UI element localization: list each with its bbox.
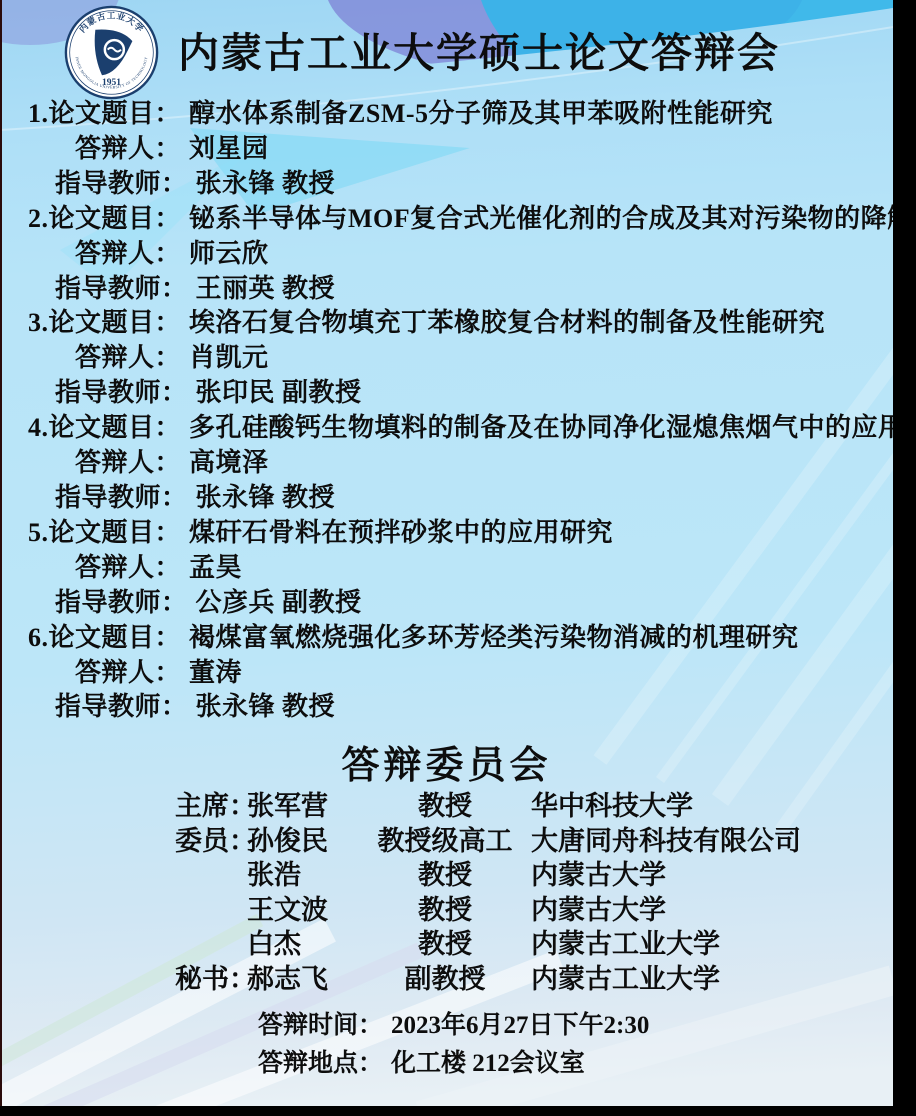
entry-number: 2. (28, 204, 49, 233)
thesis-title-label: 论文题目： (49, 623, 182, 652)
member-name: 白杰 (247, 927, 359, 962)
thesis-title-line: 2.论文题目：铋系半导体与MOF复合式光催化剂的合成及其对污染物的降解 (28, 202, 871, 237)
committee-member-row: 张浩 教授 内蒙古大学 (175, 858, 886, 893)
defense-place-label: 答辩地点： (258, 1050, 383, 1077)
committee-member-list: 主席： 张军营 教授 华中科技大学 委员： 孙俊民 教授级高工 大唐同舟科技有限… (175, 789, 886, 997)
thesis-defense-poster: 内蒙古工业大学 INNER MONGOLIA UNIVERSITY OF TEC… (0, 0, 916, 1116)
committee-member-row: 白杰 教授 内蒙古工业大学 (175, 927, 886, 962)
advisor-line: 指导教师：张永锋 教授 (28, 690, 871, 725)
member-name: 张浩 (247, 858, 359, 893)
thesis-title-line: 5.论文题目：煤矸石骨料在预拌砂浆中的应用研究 (28, 516, 871, 551)
advisor-line: 指导教师：王丽英 教授 (28, 272, 871, 307)
defender-line: 答辩人：孟昊 (28, 551, 871, 586)
thesis-title-value: 多孔硅酸钙生物填料的制备及在协同净化湿熄焦烟气中的应用 (189, 413, 905, 442)
member-role: 主席： (175, 789, 247, 824)
thesis-title-value: 埃洛石复合物填充丁苯橡胶复合材料的制备及性能研究 (189, 308, 825, 337)
advisor-label: 指导教师： (55, 169, 188, 198)
left-edge-border (0, 0, 2, 1116)
member-organization: 华中科技大学 (531, 789, 886, 824)
defender-label: 答辩人： (75, 553, 181, 582)
defender-name: 师云欣 (189, 239, 269, 268)
committee-member-row: 秘书： 郝志飞 副教授 内蒙古工业大学 (175, 962, 886, 997)
thesis-entry: 3.论文题目：埃洛石复合物填充丁苯橡胶复合材料的制备及性能研究 答辩人：肖凯元 … (28, 306, 871, 411)
committee-member-row: 委员： 孙俊民 教授级高工 大唐同舟科技有限公司 (175, 824, 886, 859)
defender-label: 答辩人： (75, 343, 181, 372)
member-role: 秘书： (175, 962, 247, 997)
member-role: 委员： (175, 824, 247, 859)
thesis-title-value: 醇水体系制备ZSM-5分子筛及其甲苯吸附性能研究 (189, 99, 773, 128)
defense-time-line: 答辩时间：2023年6月27日下午2:30 (258, 1007, 649, 1045)
advisor-label: 指导教师： (55, 588, 188, 617)
advisor-line: 指导教师：张印民 副教授 (28, 376, 871, 411)
advisor-name: 王丽英 教授 (196, 274, 336, 303)
defender-name: 孟昊 (189, 553, 242, 582)
thesis-title-label: 论文题目： (49, 518, 182, 547)
entry-number: 6. (28, 623, 49, 652)
advisor-line: 指导教师：张永锋 教授 (28, 481, 871, 516)
member-name: 孙俊民 (247, 824, 359, 859)
thesis-entry: 5.论文题目：煤矸石骨料在预拌砂浆中的应用研究 答辩人：孟昊 指导教师：公彦兵 … (28, 516, 871, 621)
member-name: 张军营 (247, 789, 359, 824)
defender-name: 董涛 (189, 658, 242, 687)
defense-time-label: 答辩时间： (258, 1012, 383, 1039)
page-title: 内蒙古工业大学硕士论文答辩会 (178, 20, 778, 79)
advisor-name: 张永锋 教授 (196, 169, 336, 198)
defender-name: 高境泽 (189, 448, 269, 477)
thesis-title-label: 论文题目： (49, 99, 182, 128)
member-organization: 内蒙古大学 (531, 893, 886, 928)
thesis-title-value: 煤矸石骨料在预拌砂浆中的应用研究 (189, 518, 613, 547)
defense-schedule: 答辩时间：2023年6月27日下午2:30 答辩地点：化工楼 212会议室 (258, 1007, 649, 1083)
entry-number: 1. (28, 99, 49, 128)
thesis-title-label: 论文题目： (49, 204, 182, 233)
member-organization: 内蒙古工业大学 (531, 927, 886, 962)
advisor-label: 指导教师： (55, 274, 188, 303)
defense-time-value: 2023年6月27日下午2:30 (391, 1012, 649, 1039)
thesis-title-line: 3.论文题目：埃洛石复合物填充丁苯橡胶复合材料的制备及性能研究 (28, 306, 871, 341)
advisor-label: 指导教师： (55, 483, 188, 512)
member-title: 教授 (359, 789, 531, 824)
defender-line: 答辩人：高境泽 (28, 446, 871, 481)
member-role (175, 858, 247, 893)
member-title: 教授 (359, 893, 531, 928)
defender-line: 答辩人：董涛 (28, 656, 871, 691)
member-title: 教授 (359, 858, 531, 893)
member-name: 郝志飞 (247, 962, 359, 997)
advisor-name: 张永锋 教授 (196, 483, 336, 512)
committee-heading: 答辩委员会 (0, 734, 893, 789)
committee-member-row: 主席： 张军营 教授 华中科技大学 (175, 789, 886, 824)
advisor-name: 公彦兵 副教授 (196, 588, 362, 617)
thesis-title-line: 4.论文题目：多孔硅酸钙生物填料的制备及在协同净化湿熄焦烟气中的应用 (28, 411, 871, 446)
member-organization: 大唐同舟科技有限公司 (531, 824, 886, 859)
entry-number: 3. (28, 308, 49, 337)
advisor-label: 指导教师： (55, 692, 188, 721)
thesis-entry: 4.论文题目：多孔硅酸钙生物填料的制备及在协同净化湿熄焦烟气中的应用 答辩人：高… (28, 411, 871, 516)
thesis-title-value: 铋系半导体与MOF复合式光催化剂的合成及其对污染物的降解 (189, 204, 914, 233)
advisor-line: 指导教师：公彦兵 副教授 (28, 586, 871, 621)
advisor-label: 指导教师： (55, 378, 188, 407)
entry-number: 4. (28, 413, 49, 442)
defender-label: 答辩人： (75, 239, 181, 268)
defense-place-line: 答辩地点：化工楼 212会议室 (258, 1045, 649, 1083)
defense-place-value: 化工楼 212会议室 (391, 1050, 585, 1077)
seal-year: 1951 (102, 78, 121, 88)
committee-member-row: 王文波 教授 内蒙古大学 (175, 893, 886, 928)
university-seal-logo: 内蒙古工业大学 INNER MONGOLIA UNIVERSITY OF TEC… (64, 5, 159, 100)
member-title: 教授 (359, 927, 531, 962)
thesis-entry: 1.论文题目：醇水体系制备ZSM-5分子筛及其甲苯吸附性能研究 答辩人：刘星园 … (28, 97, 871, 202)
bottom-edge-border (0, 1106, 916, 1116)
thesis-title-value: 褐煤富氧燃烧强化多环芳烃类污染物消减的机理研究 (189, 623, 799, 652)
advisor-name: 张印民 副教授 (196, 378, 362, 407)
defender-name: 刘星园 (189, 134, 269, 163)
defender-line: 答辩人：刘星园 (28, 132, 871, 167)
thesis-entry: 2.论文题目：铋系半导体与MOF复合式光催化剂的合成及其对污染物的降解 答辩人：… (28, 202, 871, 307)
member-title: 教授级高工 (359, 824, 531, 859)
defender-line: 答辩人：师云欣 (28, 237, 871, 272)
thesis-entry: 6.论文题目：褐煤富氧燃烧强化多环芳烃类污染物消减的机理研究 答辩人：董涛 指导… (28, 621, 871, 726)
entry-number: 5. (28, 518, 49, 547)
advisor-line: 指导教师：张永锋 教授 (28, 167, 871, 202)
thesis-title-label: 论文题目： (49, 308, 182, 337)
advisor-name: 张永锋 教授 (196, 692, 336, 721)
thesis-title-line: 1.论文题目：醇水体系制备ZSM-5分子筛及其甲苯吸附性能研究 (28, 97, 871, 132)
defender-name: 肖凯元 (189, 343, 269, 372)
thesis-title-label: 论文题目： (49, 413, 182, 442)
defender-line: 答辩人：肖凯元 (28, 341, 871, 376)
member-role (175, 927, 247, 962)
defender-label: 答辩人： (75, 658, 181, 687)
member-name: 王文波 (247, 893, 359, 928)
defender-label: 答辩人： (75, 448, 181, 477)
member-organization: 内蒙古大学 (531, 858, 886, 893)
thesis-title-line: 6.论文题目：褐煤富氧燃烧强化多环芳烃类污染物消减的机理研究 (28, 621, 871, 656)
defender-label: 答辩人： (75, 134, 181, 163)
member-title: 副教授 (359, 962, 531, 997)
member-organization: 内蒙古工业大学 (531, 962, 886, 997)
member-role (175, 893, 247, 928)
thesis-entries-list: 1.论文题目：醇水体系制备ZSM-5分子筛及其甲苯吸附性能研究 答辩人：刘星园 … (28, 97, 871, 725)
right-edge-border (893, 0, 916, 1116)
